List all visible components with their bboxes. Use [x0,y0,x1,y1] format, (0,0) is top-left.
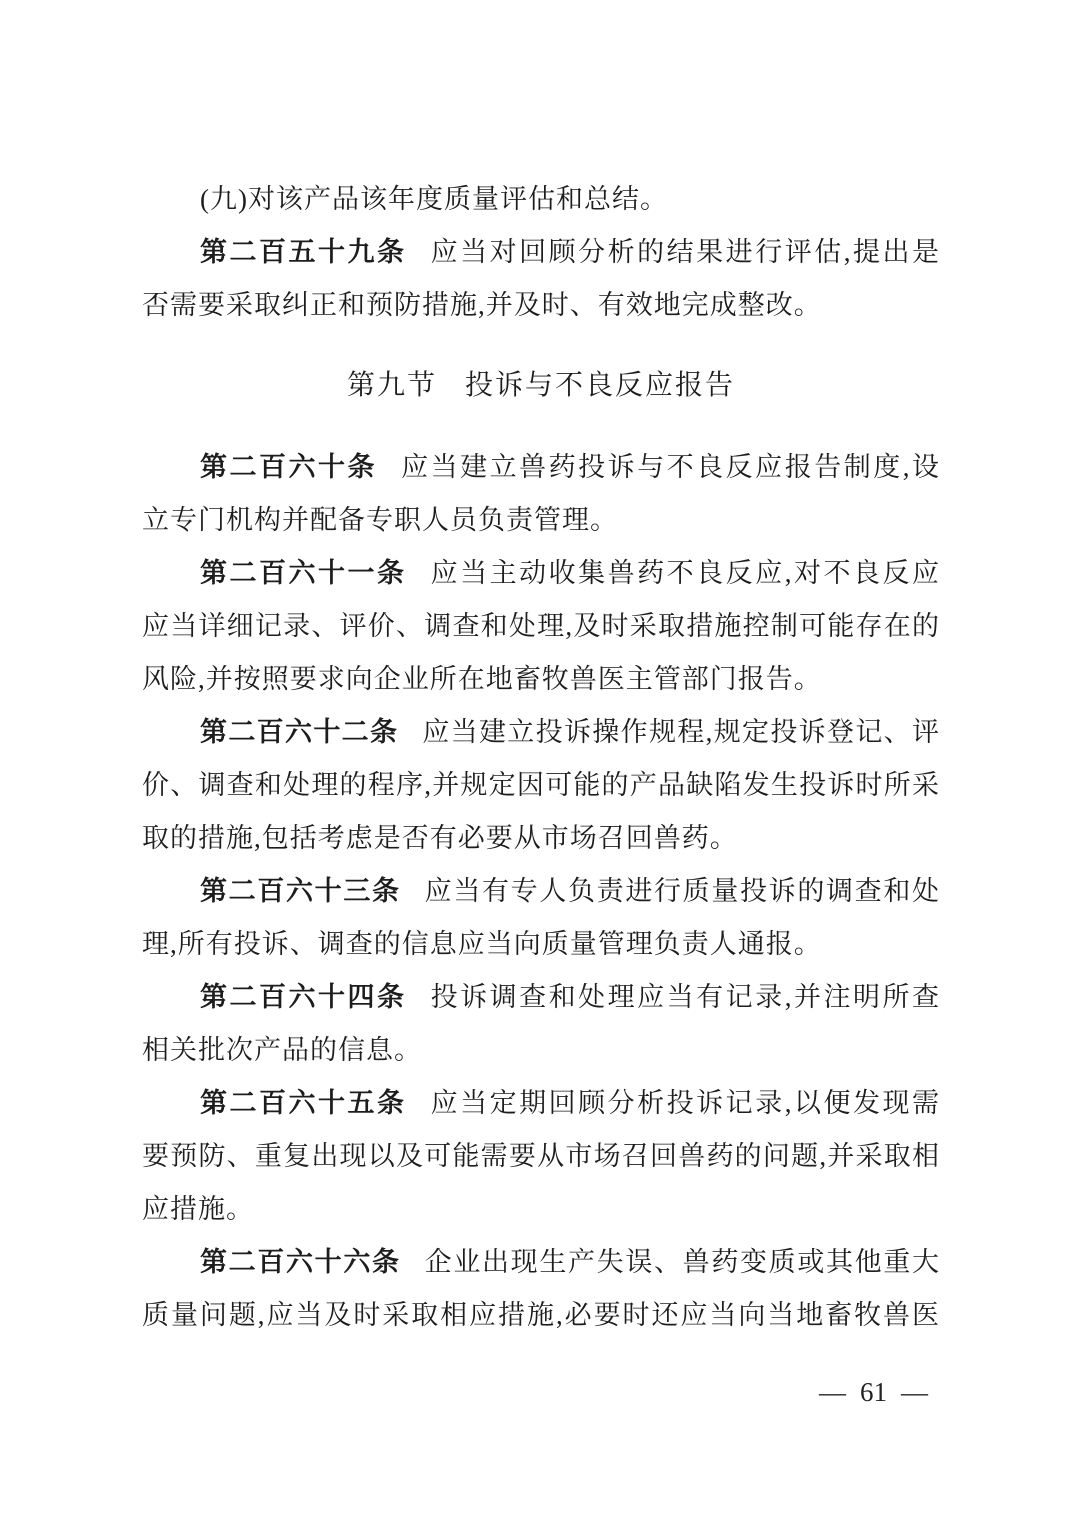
section-heading: 第九节投诉与不良反应报告 [142,359,940,412]
clause-item-9: (九)对该产品该年度质量评估和总结。 [142,173,940,226]
document-page: (九)对该产品该年度质量评估和总结。 第二百五十九条应当对回顾分析的结果进行评估… [0,0,1080,1527]
article-265-line-3: 应措施。 [142,1183,940,1236]
article-259-line-2: 否需要采取纠正和预防措施,并及时、有效地完成整改。 [142,279,940,332]
article-260-text-1: 应当建立兽药投诉与不良反应报告制度,设 [401,452,940,482]
article-259-number: 第二百五十九条 [200,237,407,267]
article-263-line-1: 第二百六十三条应当有专人负责进行质量投诉的调查和处 [142,865,940,918]
article-262-line-1: 第二百六十二条应当建立投诉操作规程,规定投诉登记、评 [142,706,940,759]
article-262-number: 第二百六十二条 [200,717,398,747]
article-262-line-3: 取的措施,包括考虑是否有必要从市场召回兽药。 [142,812,940,865]
article-266-line-2: 质量问题,应当及时采取相应措施,必要时还应当向当地畜牧兽医 [142,1289,940,1342]
article-265-line-1: 第二百六十五条应当定期回顾分析投诉记录,以便发现需 [142,1077,940,1130]
article-264-line-2: 相关批次产品的信息。 [142,1024,940,1077]
article-263-text-1: 应当有专人负责进行质量投诉的调查和处 [425,876,940,906]
article-260-number: 第二百六十条 [200,452,377,482]
article-259-text-1: 应当对回顾分析的结果进行评估,提出是 [431,237,940,267]
article-263-line-2: 理,所有投诉、调查的信息应当向质量管理负责人通报。 [142,918,940,971]
section-title: 投诉与不良反应报告 [465,370,735,401]
article-265-number: 第二百六十五条 [200,1088,407,1118]
page-number: 61 [860,1377,887,1407]
article-261-line-1: 第二百六十一条应当主动收集兽药不良反应,对不良反应 [142,547,940,600]
article-264-line-1: 第二百六十四条投诉调查和处理应当有记录,并注明所查 [142,971,940,1024]
section-number: 第九节 [347,370,437,401]
article-265-line-2: 要预防、重复出现以及可能需要从市场召回兽药的问题,并采取相 [142,1130,940,1183]
page-footer: —61— [819,1367,928,1417]
article-261-line-3: 风险,并按照要求向企业所在地畜牧兽医主管部门报告。 [142,653,940,706]
footer-dash-left: — [819,1377,846,1407]
article-262-line-2: 价、调查和处理的程序,并规定因可能的产品缺陷发生投诉时所采 [142,759,940,812]
article-266-text-1: 企业出现生产失误、兽药变质或其他重大 [425,1247,940,1277]
footer-dash-right: — [901,1377,928,1407]
article-263-number: 第二百六十三条 [200,876,401,906]
article-264-number: 第二百六十四条 [200,982,407,1012]
article-266-number: 第二百六十六条 [200,1247,401,1277]
article-261-text-1: 应当主动收集兽药不良反应,对不良反应 [431,558,940,588]
article-260-line-1: 第二百六十条应当建立兽药投诉与不良反应报告制度,设 [142,441,940,494]
article-261-number: 第二百六十一条 [200,558,407,588]
article-259-line-1: 第二百五十九条应当对回顾分析的结果进行评估,提出是 [142,226,940,279]
article-266-line-1: 第二百六十六条企业出现生产失误、兽药变质或其他重大 [142,1236,940,1289]
article-261-line-2: 应当详细记录、评价、调查和处理,及时采取措施控制可能存在的 [142,600,940,653]
article-260-line-2: 立专门机构并配备专职人员负责管理。 [142,494,940,547]
article-262-text-1: 应当建立投诉操作规程,规定投诉登记、评 [422,717,940,747]
page-content: (九)对该产品该年度质量评估和总结。 第二百五十九条应当对回顾分析的结果进行评估… [142,173,940,1342]
article-264-text-1: 投诉调查和处理应当有记录,并注明所查 [431,982,940,1012]
article-265-text-1: 应当定期回顾分析投诉记录,以便发现需 [431,1088,940,1118]
